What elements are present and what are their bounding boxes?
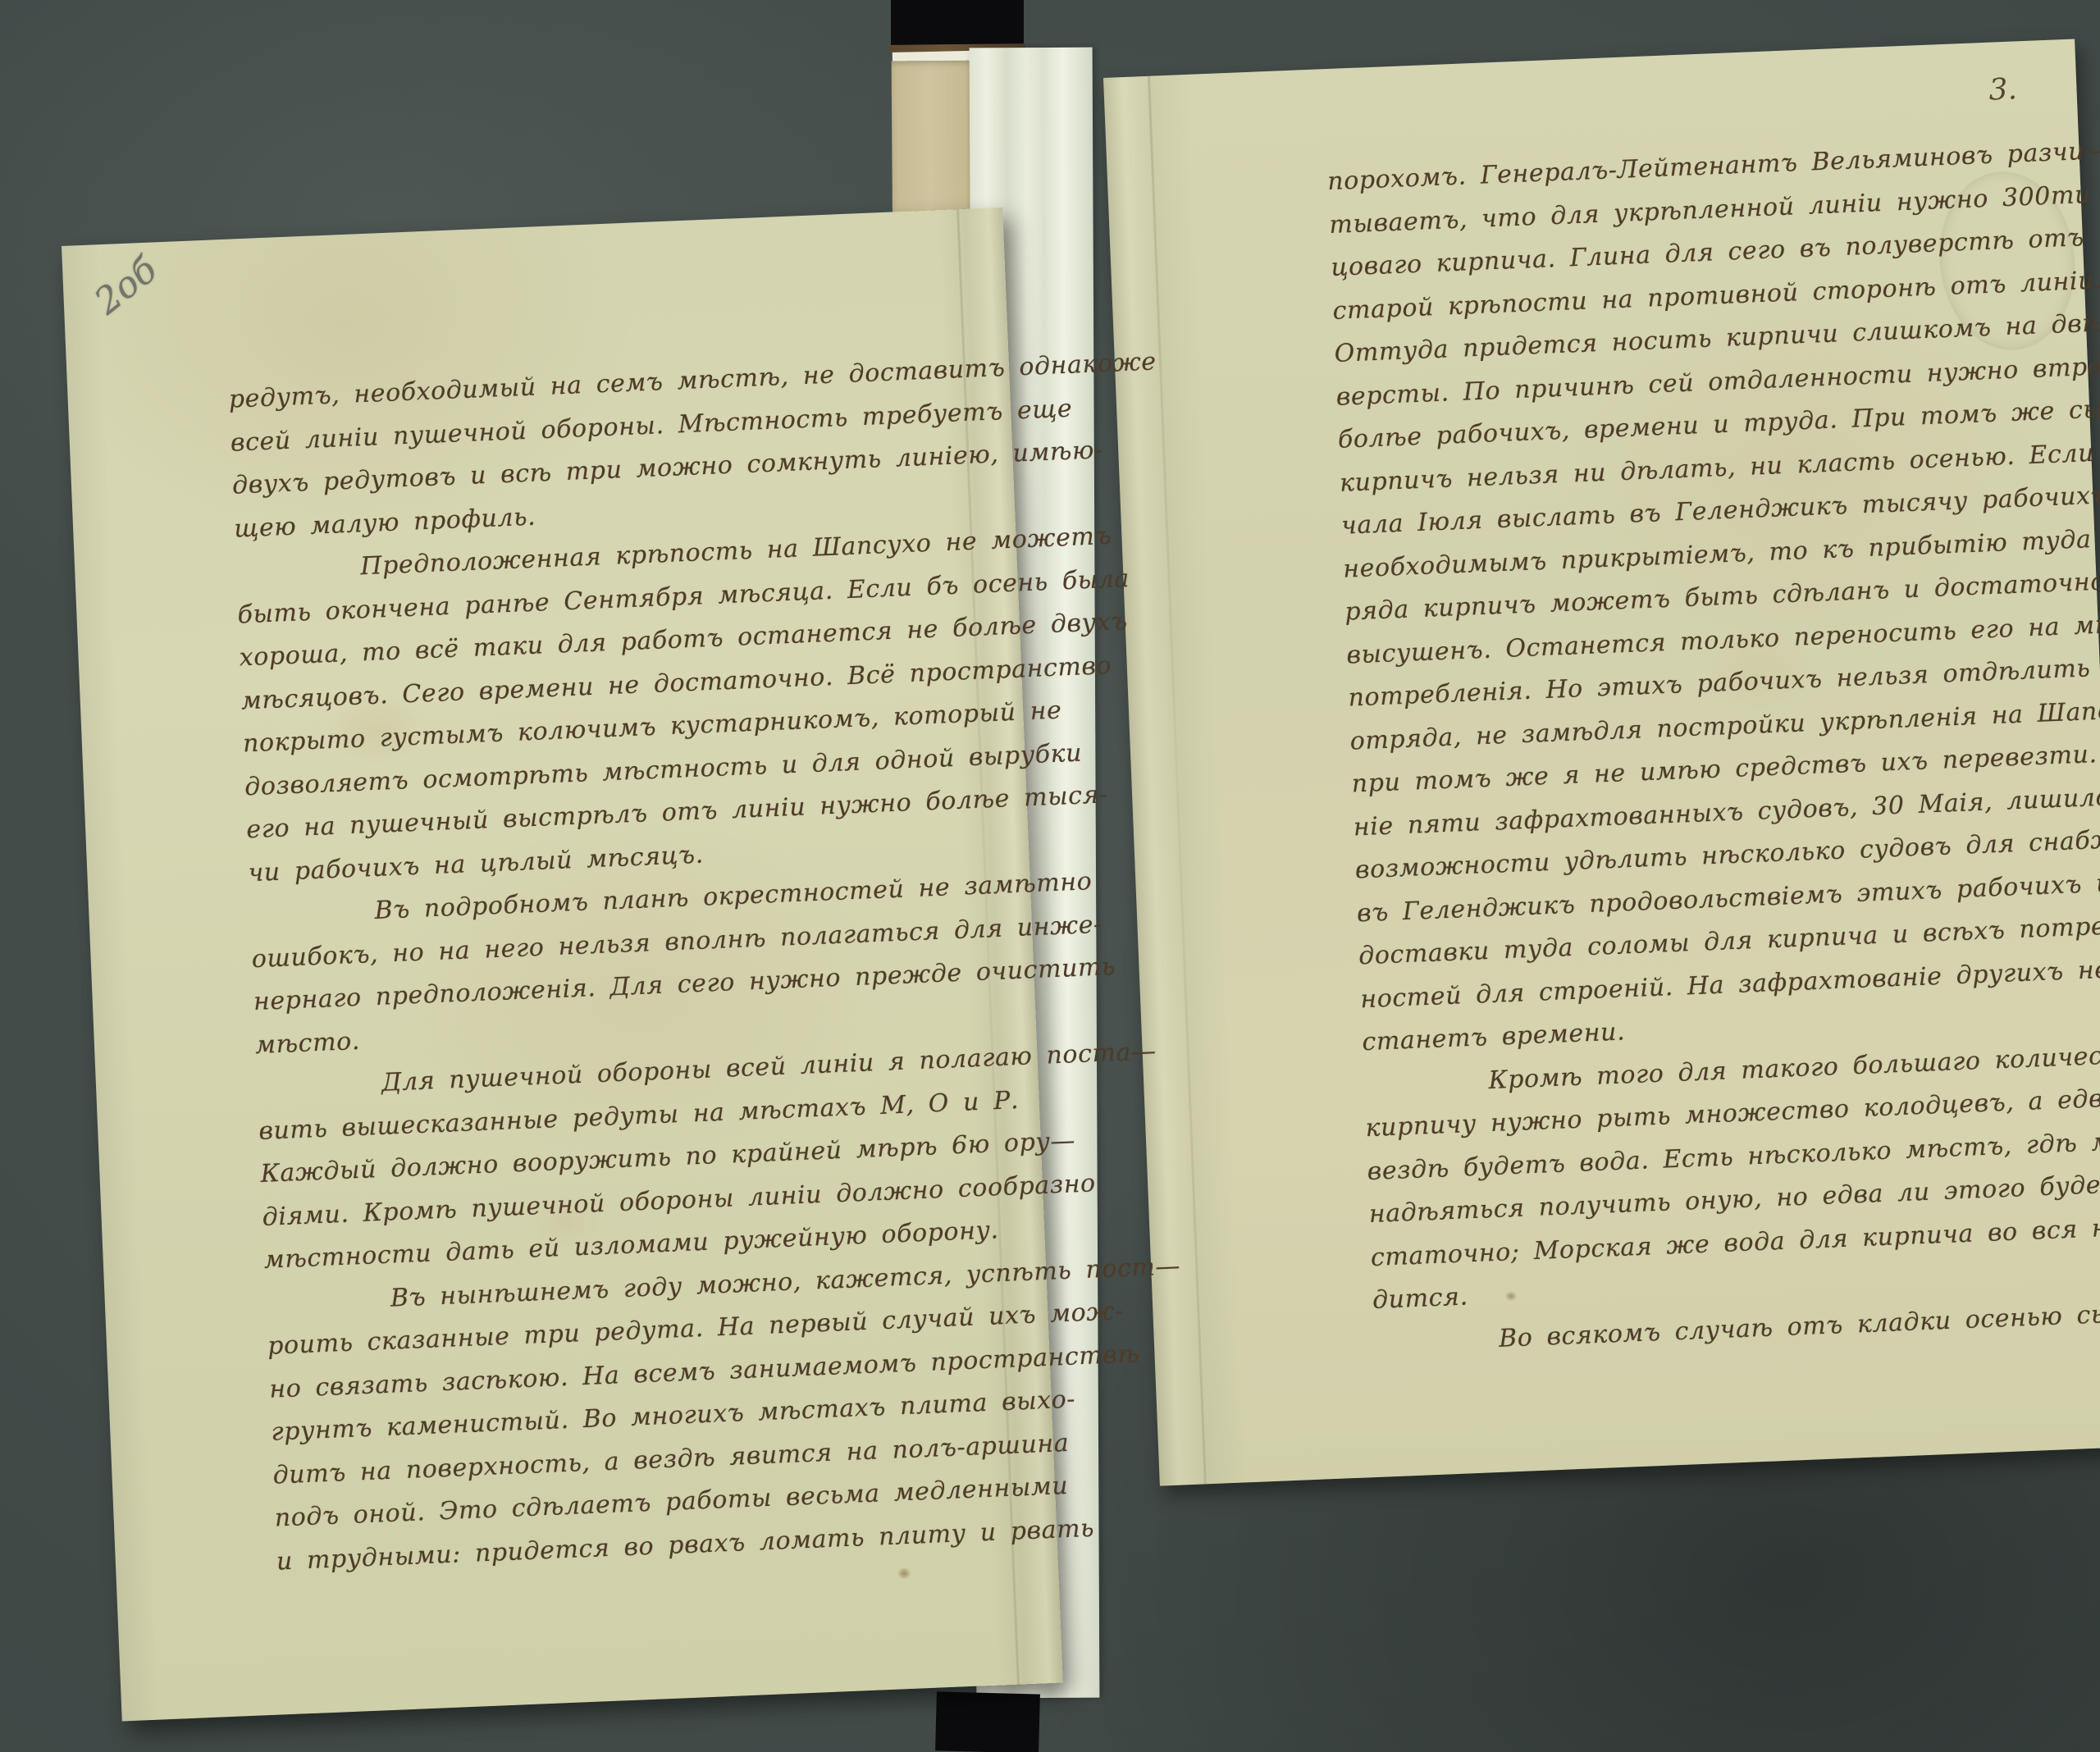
right-page: 3. порохомъ. Генералъ-Лейтенантъ Вельями… bbox=[1103, 39, 2100, 1485]
page-number: 3. bbox=[1988, 72, 2018, 107]
ink-spot bbox=[897, 1567, 911, 1580]
folio-number: 2об bbox=[87, 249, 165, 322]
left-page: 2об редутъ, необходимый на семъ мѣстѣ, н… bbox=[62, 208, 1063, 1722]
right-page-text: порохомъ. Генералъ-Лейтенантъ Вельяминов… bbox=[1326, 130, 2100, 1366]
manuscript-scan: иными 3. порохомъ. Генералъ-Лейтенантъ В… bbox=[0, 0, 2100, 1752]
binding-tape-top bbox=[891, 0, 1024, 46]
binding-tape-bottom bbox=[935, 1691, 1040, 1752]
left-page-text: редутъ, необходимый на семъ мѣстѣ, не до… bbox=[228, 346, 1068, 1583]
